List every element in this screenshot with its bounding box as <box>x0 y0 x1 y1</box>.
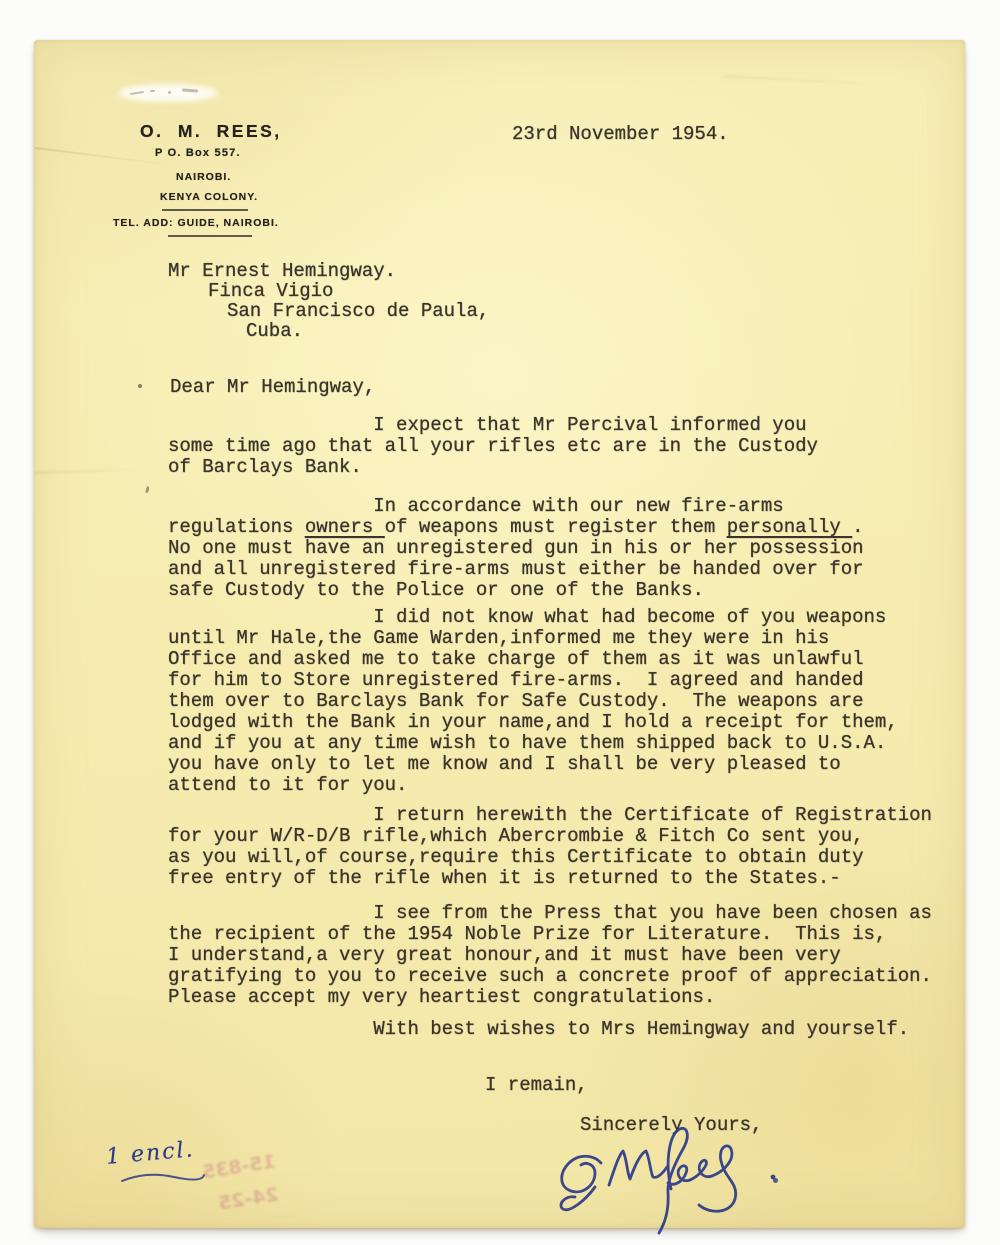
body-paragraph: I expect that Mr Percival informed youso… <box>168 415 818 478</box>
underlined-word: personally <box>727 516 852 538</box>
body-line: and all unregistered fire-arms must eith… <box>168 559 864 580</box>
body-line: the recipient of the 1954 Noble Prize fo… <box>168 924 932 945</box>
body-line: free entry of the rifle when it is retur… <box>168 868 932 889</box>
ink-speck <box>145 486 149 493</box>
body-line: I expect that Mr Percival informed you <box>168 415 818 436</box>
body-line: until Mr Hale,the Game Warden,informed m… <box>168 628 898 649</box>
body-line: and if you at any time wish to have them… <box>168 733 898 754</box>
body-paragraph: I return herewith the Certificate of Reg… <box>168 805 932 889</box>
recipient-line: Mr Ernest Hemingway. <box>168 261 489 281</box>
body-paragraph: I did not know what had become of you we… <box>168 607 898 796</box>
body-line: as you will,of course,require this Certi… <box>168 847 932 868</box>
recipient-block: Mr Ernest Hemingway.Finca VigioSan Franc… <box>168 261 489 341</box>
body-line: attend to it for you. <box>168 775 898 796</box>
body-line: of Barclays Bank. <box>168 457 818 478</box>
letterhead-po-box: P O. Box 557. <box>155 147 241 159</box>
body-paragraph: With best wishes to Mrs Hemingway and yo… <box>168 1019 909 1040</box>
body-line: I return herewith the Certificate of Reg… <box>168 805 932 826</box>
body-line: I see from the Press that you have been … <box>168 903 932 924</box>
body-line: With best wishes to Mrs Hemingway and yo… <box>168 1019 909 1040</box>
body-text: regulations <box>168 516 305 538</box>
paper-crease <box>724 75 904 86</box>
body-text: . <box>852 516 863 538</box>
letterhead-colony: KENYA COLONY. <box>160 191 258 203</box>
body-line: I understand,a very great honour,and it … <box>168 945 932 966</box>
enclosure-underline-ink <box>118 1170 208 1186</box>
body-paragraph: In accordance with our new fire-armsregu… <box>168 496 864 601</box>
enclosure-note: 1 encl. <box>105 1137 195 1170</box>
body-line: lodged with the Bank in your name,and I … <box>168 712 898 733</box>
body-text: of weapons must register them <box>385 516 727 538</box>
ink-speck <box>138 384 142 388</box>
body-line: you have only to let me know and I shall… <box>168 754 898 775</box>
body-line: for your W/R-D/B rifle,which Abercrombie… <box>168 826 932 847</box>
letter-date: 23rd November 1954. <box>512 124 729 145</box>
body-line: Office and asked me to take charge of th… <box>168 649 898 670</box>
body-line: them over to Barclays Bank for Safe Cust… <box>168 691 898 712</box>
body-line: In accordance with our new fire-arms <box>168 496 864 517</box>
body-line: some time ago that all your rifles etc a… <box>168 436 818 457</box>
bleedthrough-text: 15-835 <box>201 1150 278 1183</box>
recipient-line: Finca Vigio <box>168 281 489 301</box>
ink-dot <box>773 1178 778 1183</box>
recipient-line: Cuba. <box>168 321 489 341</box>
letterhead-name: O. M. REES, <box>140 121 282 142</box>
letterhead-city: NAIROBI. <box>176 171 231 183</box>
bleedthrough-text: 24-25 <box>217 1183 280 1214</box>
underlined-word: owners <box>305 516 385 538</box>
closing-i-remain: I remain, <box>485 1075 588 1096</box>
paper-crease <box>34 468 144 474</box>
body-line: regulations owners of weapons must regis… <box>168 517 864 538</box>
letterhead-divider <box>168 235 252 237</box>
body-paragraph: I see from the Press that you have been … <box>168 903 932 1008</box>
letterhead-divider <box>162 209 248 211</box>
recipient-line: San Francisco de Paula, <box>168 301 489 321</box>
signature-ink <box>539 1125 779 1243</box>
body-line: gratifying to you to receive such a conc… <box>168 966 932 987</box>
letterhead-telegram-address: TEL. ADD: GUIDE, NAIROBI. <box>113 217 279 229</box>
body-line: Please accept my very heartiest congratu… <box>168 987 932 1008</box>
body-line: for him to Store unregistered fire-arms.… <box>168 670 898 691</box>
body-line: No one must have an unregistered gun in … <box>168 538 864 559</box>
scan-background: O. M. REES, P O. Box 557. NAIROBI. KENYA… <box>0 0 1000 1245</box>
salutation: Dear Mr Hemingway, <box>170 377 375 398</box>
letter-paper: O. M. REES, P O. Box 557. NAIROBI. KENYA… <box>34 40 965 1228</box>
body-line: safe Custody to the Police or one of the… <box>168 580 864 601</box>
paper-smudge-marks <box>130 89 200 97</box>
body-line: I did not know what had become of you we… <box>168 607 898 628</box>
